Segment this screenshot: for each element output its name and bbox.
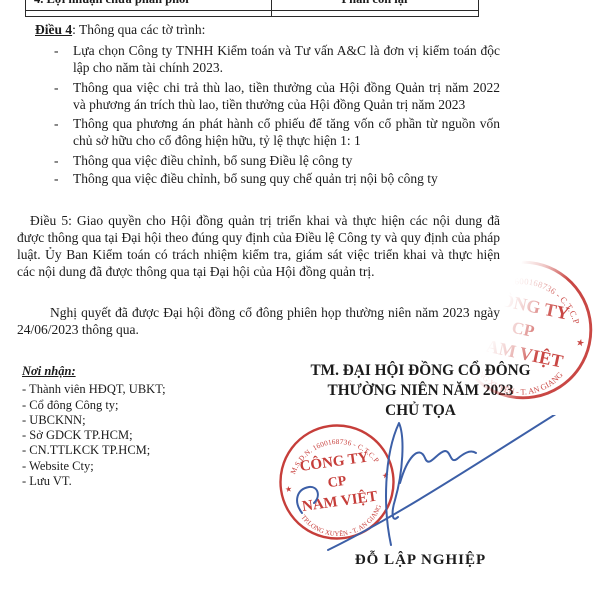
summary-table: 4. Lợi nhuận chưa phân phối Phần còn lại [25, 0, 479, 17]
signature-stroke [328, 415, 567, 550]
signer-name: ĐỖ LẬP NGHIỆP [298, 552, 543, 569]
table-cell-retained-profit: 4. Lợi nhuận chưa phân phối [34, 0, 189, 7]
recipients-heading: Nơi nhận: [22, 364, 166, 379]
star-icon: ★ [381, 471, 389, 481]
star-icon: ★ [575, 337, 586, 350]
article4-heading-rest: : Thông qua các tờ trình: [72, 22, 205, 37]
table-row-separator [26, 10, 478, 11]
article4-label: Điều 4 [35, 22, 72, 37]
stamp-ring [273, 418, 401, 546]
list-item: - Cổ đông Công ty; [22, 398, 166, 413]
list-item: - Lựa chọn Công ty TNHH Kiểm toán và Tư … [73, 42, 500, 76]
bullet-dash: - [54, 42, 59, 59]
list-item: - Thông qua việc điều chỉnh, bổ sung quy… [73, 170, 500, 187]
article5-paragraph: Điều 5: Giao quyền cho Hội đồng quản trị… [17, 212, 500, 280]
stamp-top-arc-text: M.S.D.N. 1600168736 - C.T.C.P [285, 432, 381, 476]
bullet-text: Thông qua việc chi trả thù lao, tiền thư… [73, 80, 500, 112]
article4-bullet-list: - Lựa chọn Công ty TNHH Kiểm toán và Tư … [73, 42, 500, 189]
stamp-company-line2: CP [510, 318, 536, 341]
list-item: - Thông qua phương án phát hành cổ phiếu… [73, 115, 500, 149]
signature-heading-line1: TM. ĐẠI HỘI ĐỒNG CỔ ĐÔNG [298, 361, 543, 381]
signature-heading: TM. ĐẠI HỘI ĐỒNG CỔ ĐÔNG THƯỜNG NIÊN NĂM… [298, 361, 543, 421]
bullet-text: Thông qua việc điều chỉnh, bổ sung Điều … [73, 153, 352, 168]
recipients-block: Nơi nhận: - Thành viên HĐQT, UBKT; - Cổ … [22, 364, 166, 489]
signature-stroke [386, 423, 402, 545]
list-item: - Website Cty; [22, 459, 166, 474]
list-item: - Thông qua việc chi trả thù lao, tiền t… [73, 79, 500, 113]
svg-text:TP.LONG XUYÊN - T. AN GIANG: TP.LONG XUYÊN - T. AN GIANG [299, 503, 387, 543]
star-icon: ★ [284, 484, 292, 494]
stamp-bottom-arc-text: TP.LONG XUYÊN - T. AN GIANG [299, 503, 387, 543]
list-item: - UBCKNN; [22, 413, 166, 428]
company-stamp: M.S.D.N. 1600168736 - C.T.C.P TP.LONG XU… [258, 403, 416, 561]
article4-heading: Điều 4: Thông qua các tờ trình: [35, 22, 205, 38]
article5-body: : Giao quyền cho Hội đồng quản trị triển… [17, 213, 500, 279]
bullet-dash: - [54, 79, 59, 96]
bullet-dash: - [54, 170, 59, 187]
bullet-text: Lựa chọn Công ty TNHH Kiểm toán và Tư vấ… [73, 43, 500, 75]
list-item: - Thông qua việc điều chỉnh, bổ sung Điề… [73, 152, 500, 169]
closing-paragraph: Nghị quyết đã được Đại hội đồng cổ đông … [17, 304, 500, 338]
svg-text:M.S.D.N. 1600168736 - C.T.C.P: M.S.D.N. 1600168736 - C.T.C.P [285, 432, 381, 476]
list-item: - Thành viên HĐQT, UBKT; [22, 382, 166, 397]
document-page: 4. Lợi nhuận chưa phân phối Phần còn lại… [0, 0, 600, 600]
signature-stroke [400, 451, 476, 483]
signature-stroke [297, 487, 318, 513]
bullet-text: Thông qua việc điều chỉnh, bổ sung quy c… [73, 171, 438, 186]
list-item: - Lưu VT. [22, 474, 166, 489]
stamp-company-line3: NAM VIỆT [301, 488, 379, 515]
list-item: - Sở GDCK TP.HCM; [22, 428, 166, 443]
table-column-separator [271, 0, 272, 16]
article5-label: Điều 5 [30, 213, 68, 228]
bullet-dash: - [54, 152, 59, 169]
signature-heading-line2: THƯỜNG NIÊN NĂM 2023 [298, 381, 543, 401]
bullet-dash: - [54, 115, 59, 132]
signature-heading-line3: CHỦ TỌA [298, 401, 543, 421]
table-cell-remainder: Phần còn lại [271, 0, 478, 7]
handwritten-signature [285, 415, 595, 560]
bullet-text: Thông qua phương án phát hành cổ phiếu đ… [73, 116, 500, 148]
stamp-company-line2: CP [327, 474, 348, 492]
list-item: - CN.TTLKCK TP.HCM; [22, 443, 166, 458]
stamp-company-line1: CÔNG TY [299, 448, 370, 475]
